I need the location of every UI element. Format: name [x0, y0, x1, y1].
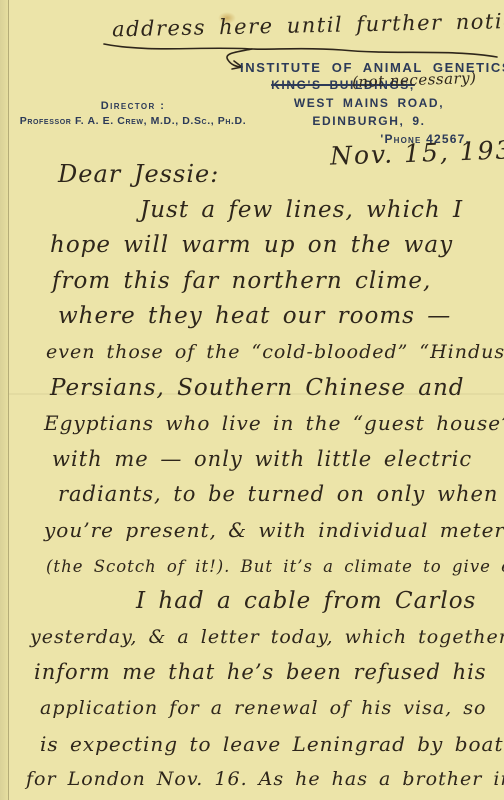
letter-line: (the Scotch of it!). But it’s a climate …	[46, 549, 504, 585]
letter-line: is expecting to leave Leningrad by boat	[40, 727, 504, 763]
director-label: Director :	[16, 100, 250, 112]
letter-line: inform me that he’s been refused his	[34, 655, 504, 691]
director-name: Professor F. A. E. Crew, M.D., D.Sc., Ph…	[16, 115, 250, 128]
letter-line: from this far northern clime,	[52, 264, 504, 300]
letter-line: hope will warm up on the way	[50, 228, 504, 264]
letter-line: Just a few lines, which I	[140, 193, 504, 229]
letter-line: with me — only with little electric	[52, 442, 504, 478]
letterhead-city: EDINBURGH, 9.	[240, 113, 498, 130]
letter-line: yesterday, & a letter today, which toget…	[30, 620, 504, 656]
letter-line: Dear Jessie:	[58, 157, 504, 193]
letter-line: even those of the “cold-blooded” “Hindus…	[46, 335, 504, 371]
letter-line: Egyptians who live in the “guest house”	[44, 406, 504, 442]
letter-line: where they heat our rooms —	[58, 299, 504, 335]
letterhead-road: WEST MAINS ROAD,	[240, 95, 498, 112]
letter-page: address here until further notice INSTIT…	[0, 0, 504, 800]
director-block: Director : Professor F. A. E. Crew, M.D.…	[16, 100, 250, 128]
letter-line: Persians, Southern Chinese and	[50, 371, 504, 407]
letter-line: for London Nov. 16. As he has a brother …	[26, 762, 504, 798]
letter-line: I had a cable from Carlos	[136, 584, 504, 620]
letter-line: you’re present, & with individual meters	[44, 513, 504, 549]
letter-line: application for a renewal of his visa, s…	[40, 691, 504, 727]
letter-line: radiants, to be turned on only when	[58, 477, 504, 513]
letter-body: Dear Jessie: Just a few lines, which I h…	[0, 157, 504, 798]
